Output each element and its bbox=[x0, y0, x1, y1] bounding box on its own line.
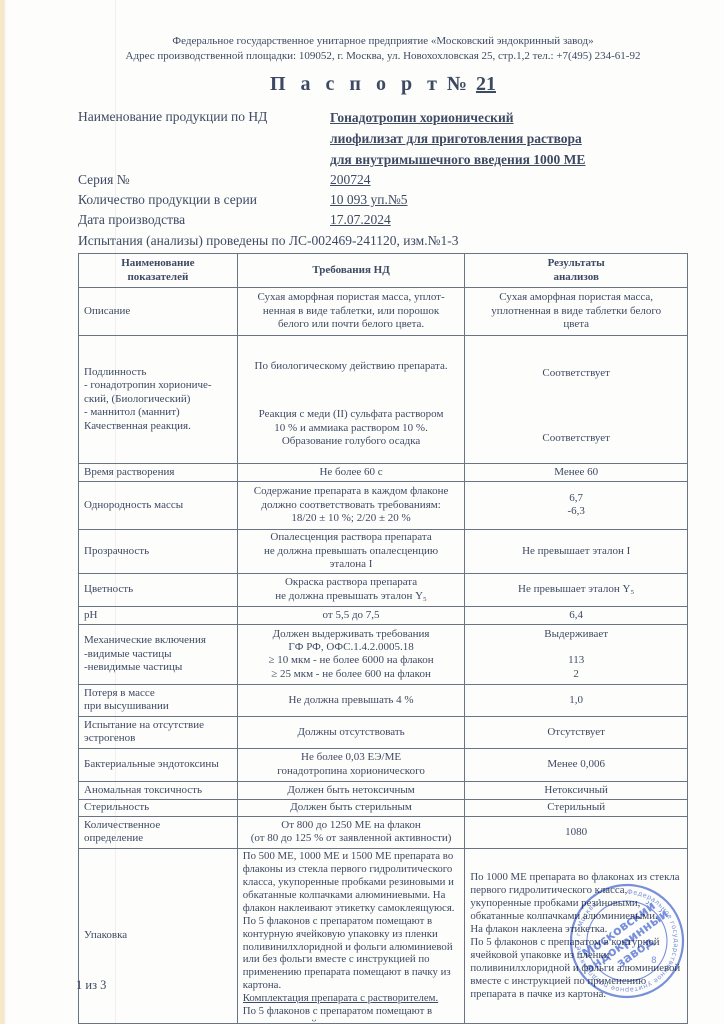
requirement-cell: Должен выдерживать требования ГФ РФ, ОФС… bbox=[237, 624, 465, 684]
table-row: Бактериальные эндотоксины Не более 0,03 … bbox=[79, 748, 688, 781]
quantity-label: Количество продукции в серии bbox=[78, 190, 330, 210]
quantity-value: 10 093 уп.№5 bbox=[330, 190, 688, 210]
result-cell: 6,7 -6,3 bbox=[465, 481, 688, 529]
result-cell: Сухая аморфная пористая масса, уплотненн… bbox=[465, 288, 688, 336]
indicator-name-cell: Количественное определение bbox=[79, 816, 238, 848]
indicator-name-cell: Описание bbox=[79, 288, 238, 336]
requirement-cell: Не более 0,03 ЕЭ/МЕ гонадотропина хорион… bbox=[237, 748, 465, 781]
field-production-date: Дата производства 17.07.2024 bbox=[78, 210, 688, 230]
requirement-paragraph: Реакция с меди (II) сульфата раствором 1… bbox=[243, 408, 460, 448]
requirement-cell: Не должна превышать 4 % bbox=[237, 684, 465, 716]
table-row: Потеря в массе при высушивании Не должна… bbox=[79, 684, 688, 716]
indicator-name-cell: Механические включения -видимые частицы … bbox=[79, 624, 238, 684]
table-row: Однородность массы Содержание препарата … bbox=[79, 481, 688, 529]
requirement-cell: По биологическому действию препарата. Ре… bbox=[237, 336, 465, 464]
requirement-cell: Должен быть нетоксичным bbox=[237, 781, 465, 799]
indicator-name-cell: Цветность bbox=[79, 573, 238, 606]
product-name-value: Гонадотропин хорионический лиофилизат дл… bbox=[330, 107, 688, 170]
header-results: Результаты анализов bbox=[465, 254, 688, 288]
requirement-cell: Должен быть стерильным bbox=[237, 799, 465, 816]
packaging-requirement-text: По 500 МЕ, 1000 МЕ и 1500 МЕ препарата в… bbox=[243, 850, 460, 1022]
production-date-value: 17.07.2024 bbox=[330, 210, 688, 230]
requirement-paragraph: По 500 МЕ, 1000 МЕ и 1500 МЕ препарата в… bbox=[243, 850, 460, 915]
table-row: Цветность Окраска раствора препарата не … bbox=[79, 573, 688, 606]
indicator-name-cell: Время растворения bbox=[79, 463, 238, 481]
requirement-cell: Опалесценция раствора препарата не должн… bbox=[237, 529, 465, 573]
product-name-label: Наименование продукции по НД bbox=[78, 107, 330, 127]
table-row: Аномальная токсичность Должен быть неток… bbox=[79, 781, 688, 799]
requirement-cell: Окраска раствора препарата не должна пре… bbox=[237, 573, 465, 606]
result-cell: Менее 0,006 bbox=[465, 748, 688, 781]
requirement-paragraph: По биологическому действию препарата. bbox=[243, 360, 460, 373]
series-value: 200724 bbox=[330, 170, 688, 190]
requirement-cell: Не более 60 с bbox=[237, 463, 465, 481]
field-quantity: Количество продукции в серии 10 093 уп.№… bbox=[78, 190, 688, 210]
result-cell: Отсутствует bbox=[465, 716, 688, 748]
title-word: П а с п о р т bbox=[270, 73, 442, 95]
series-label: Серия № bbox=[78, 170, 330, 190]
result-cell: Соответствует Соответствует bbox=[465, 336, 688, 464]
result-paragraph: Соответствует bbox=[470, 432, 682, 445]
header-requirements: Требования НД bbox=[237, 254, 465, 288]
requirement-cell: от 5,5 до 7,5 bbox=[237, 606, 465, 624]
requirement-cell: Содержание препарата в каждом флаконе до… bbox=[237, 481, 465, 529]
result-cell: 1,0 bbox=[465, 684, 688, 716]
indicator-name-cell: Прозрачность bbox=[79, 529, 238, 573]
result-cell: Стерильный bbox=[465, 799, 688, 816]
field-product-name: Наименование продукции по НД Гонадотропи… bbox=[78, 107, 688, 170]
header-indicator-name: Наименование показателей bbox=[79, 254, 238, 288]
production-date-label: Дата производства bbox=[78, 210, 330, 230]
scan-edge-artifact bbox=[0, 0, 6, 1024]
result-cell: Менее 60 bbox=[465, 463, 688, 481]
indicator-name-cell: Потеря в массе при высушивании bbox=[79, 684, 238, 716]
result-cell: Не превышает эталон Y₅ bbox=[465, 573, 688, 606]
passport-number: 21 bbox=[476, 73, 496, 95]
page-title: П а с п о р т № 21 bbox=[78, 73, 688, 96]
result-cell: 6,4 bbox=[465, 606, 688, 624]
field-series: Серия № 200724 bbox=[78, 170, 688, 190]
indicator-name-cell: Стерильность bbox=[79, 799, 238, 816]
table-row: Испытание на отсутствие эстрогенов Должн… bbox=[79, 716, 688, 748]
table-row: Время растворения Не более 60 с Менее 60 bbox=[79, 463, 688, 481]
indicator-name-cell: Бактериальные эндотоксины bbox=[79, 748, 238, 781]
indicator-name-cell: Испытание на отсутствие эстрогенов bbox=[79, 716, 238, 748]
passport-document-page: Федеральное государственное унитарное пр… bbox=[0, 0, 724, 1024]
page-number: 1 из 3 bbox=[76, 978, 106, 993]
number-sign: № bbox=[447, 73, 467, 95]
table-row: Описание Сухая аморфная пористая масса, … bbox=[79, 288, 688, 336]
round-stamp: Федеральное государственное унитарное пр… bbox=[566, 880, 688, 1002]
indicator-name-cell: Упаковка bbox=[79, 848, 238, 1023]
requirement-paragraph: По 5 флаконов с препаратом помещают в ко… bbox=[243, 915, 460, 993]
requirement-cell: Сухая аморфная пористая масса, уплот- не… bbox=[237, 288, 465, 336]
requirement-cell: От 800 до 1250 МЕ на флакон (от 80 до 12… bbox=[237, 816, 465, 848]
table-row: Количественное определение От 800 до 125… bbox=[79, 816, 688, 848]
stamp-number: 8 bbox=[651, 956, 657, 966]
requirement-paragraph-underlined: Комплектация препарата с растворителем. bbox=[243, 992, 460, 1005]
indicator-name-cell: Однородность массы bbox=[79, 481, 238, 529]
page-content: Федеральное государственное унитарное пр… bbox=[78, 34, 688, 1024]
table-row: Механические включения -видимые частицы … bbox=[79, 624, 688, 684]
table-row: Стерильность Должен быть стерильным Стер… bbox=[79, 799, 688, 816]
result-cell: Выдерживает 113 2 bbox=[465, 624, 688, 684]
requirement-cell: По 500 МЕ, 1000 МЕ и 1500 МЕ препарата в… bbox=[237, 848, 465, 1023]
requirement-cell: Должны отсутствовать bbox=[237, 716, 465, 748]
organization-address: Адрес производственной площадки: 109052,… bbox=[78, 49, 688, 64]
tests-reference-line: Испытания (анализы) проведены по ЛС-0024… bbox=[78, 231, 688, 250]
table-row: Подлинность - гонадотропин хориониче- ск… bbox=[79, 336, 688, 464]
organization-name: Федеральное государственное унитарное пр… bbox=[78, 34, 688, 49]
result-cell: Нетоксичный bbox=[465, 781, 688, 799]
header-fields: Наименование продукции по НД Гонадотропи… bbox=[78, 107, 688, 250]
result-cell: 1080 bbox=[465, 816, 688, 848]
indicator-name-cell: Подлинность - гонадотропин хориониче- ск… bbox=[79, 336, 238, 464]
result-cell: Не превышает эталон I bbox=[465, 529, 688, 573]
requirement-paragraph: По 5 флаконов с препаратом помещают в ко… bbox=[243, 1005, 460, 1022]
indicator-name-cell: pH bbox=[79, 606, 238, 624]
result-paragraph: Соответствует bbox=[470, 367, 682, 380]
table-row: Прозрачность Опалесценция раствора препа… bbox=[79, 529, 688, 573]
indicator-name-cell: Аномальная токсичность bbox=[79, 781, 238, 799]
table-header-row: Наименование показателей Требования НД Р… bbox=[79, 254, 688, 288]
table-row: pH от 5,5 до 7,5 6,4 bbox=[79, 606, 688, 624]
